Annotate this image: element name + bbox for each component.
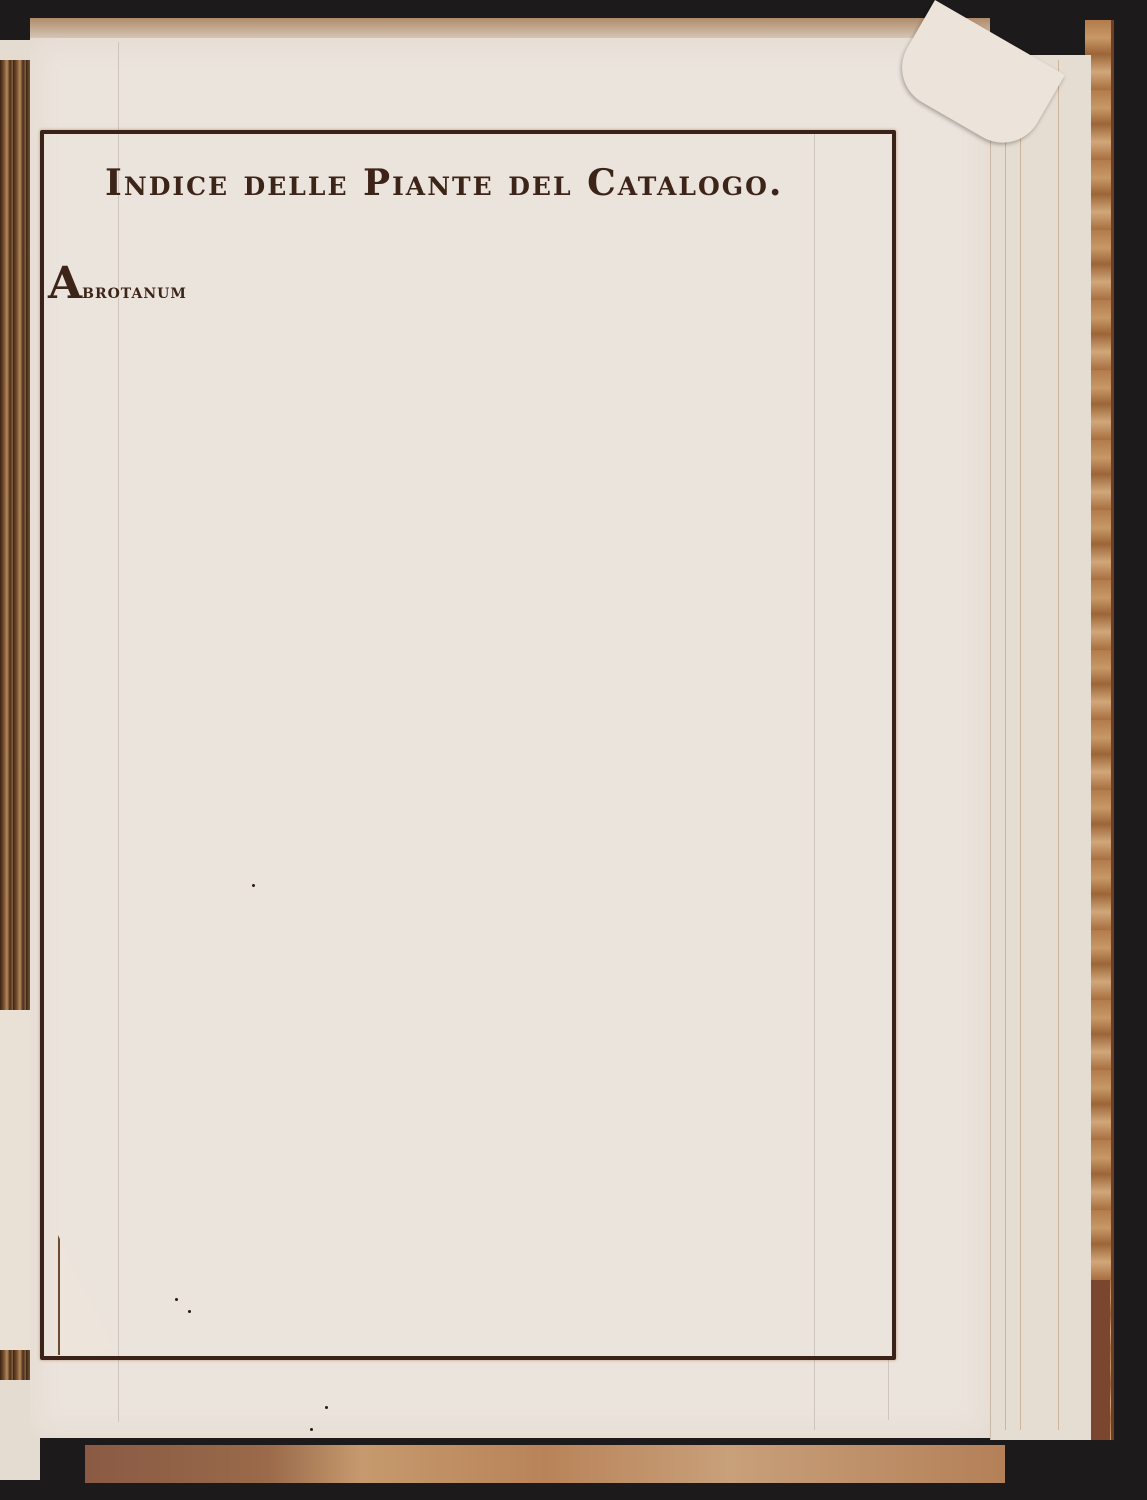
left-page-lower (0, 1010, 33, 1350)
page-edge-line (1020, 60, 1021, 1430)
page-title: Indice delle Piante del Catalogo. (105, 162, 783, 204)
marbled-cover-bottom (85, 1445, 1005, 1483)
ink-spot (325, 1406, 328, 1409)
ink-spot (188, 1310, 191, 1313)
page-edge-line (1005, 60, 1006, 1430)
entry-text: brotanum (82, 279, 187, 303)
page-frame-border (40, 130, 896, 1360)
entry-initial: A (48, 258, 82, 309)
index-entry: Abrotanum (48, 258, 187, 309)
page-edge-line (1058, 60, 1059, 1430)
ruled-margin-line (888, 1360, 889, 1420)
ink-spot (252, 884, 255, 887)
ink-spot (310, 1428, 313, 1431)
ink-spot (175, 1298, 178, 1301)
page-top-edge (30, 18, 990, 40)
